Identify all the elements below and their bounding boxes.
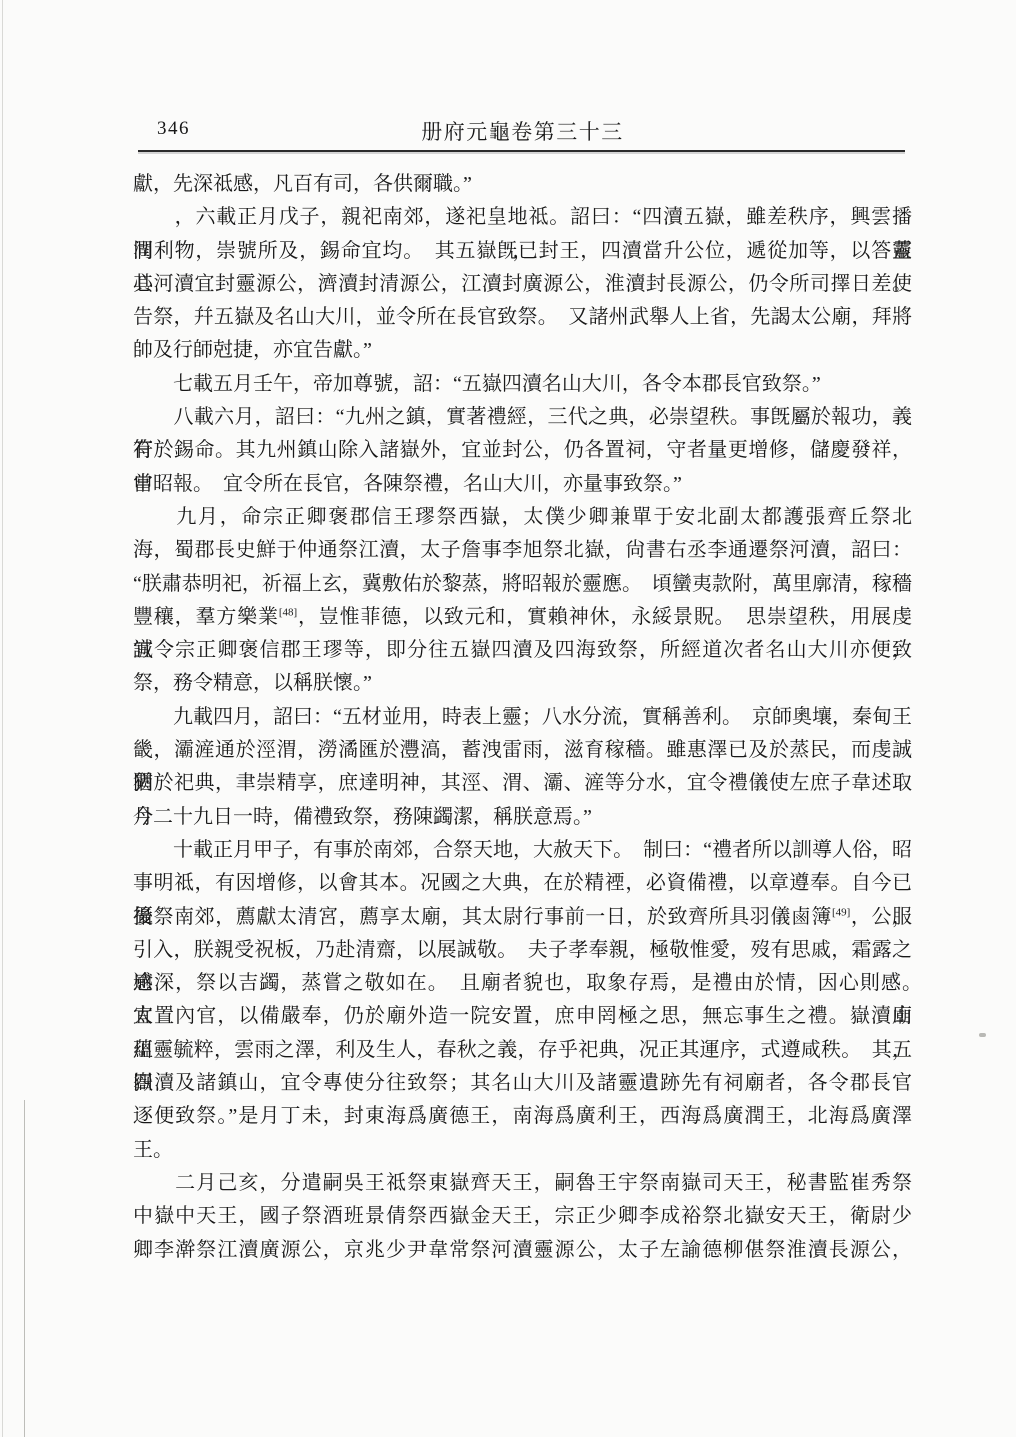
text-line: 逐便致祭。”是月丁未，封東海爲廣德王，南海爲廣利王，西海爲廣潤王，北海爲廣澤 xyxy=(133,1100,912,1133)
scan-edge-line xyxy=(2,0,3,1437)
text-line: 蘊靈毓粹，雲雨之澤，利及生人，春秋之義，存乎祀典，况正其運序，式遵咸秩。 其五嶽 xyxy=(133,1034,912,1067)
footnote-marker: [48] xyxy=(279,606,297,618)
text-line: 引入，朕親受祝板，乃赴清齋，以展誠敬。 夫子孝奉親，極敬惟愛，歿有思戚，霜露之感 xyxy=(133,934,912,967)
text-line: 四瀆及諸鎮山，宜令專使分往致祭；其名山大川及諸靈遺跡先有祠廟者，各令郡長官 xyxy=(133,1067,912,1100)
text-line: 海，蜀郡長史鮮于仲通祭江瀆，太子詹事李旭祭北嶽，尙書右丞李通遷祭河瀆，詔曰： xyxy=(133,534,912,567)
text-line: 卿李澣祭江瀆廣源公，京兆少尹韋常祭河瀆靈源公，太子左諭德柳偡祭淮瀆長源公， xyxy=(133,1234,912,1267)
text-line: 月二十九日一時，備禮致祭，務陳蠲潔，稱朕意焉。” xyxy=(133,801,912,834)
scan-artifact-dot xyxy=(979,1033,986,1037)
text-line: 帥及行師尅捷，亦宜告獻。” xyxy=(133,334,912,367)
text-line: 宜令宗正卿褒信郡王璆等，即分往五嶽四瀆及四海致祭，所經道次者名山大川亦便致 xyxy=(133,634,912,667)
text-line: “朕肅恭明祀，祈福上玄，冀敷佑於黎蒸，將昭報於靈應。 頃蠻夷款附，萬里廓清，稼穡 xyxy=(133,568,912,601)
text-line: 同利物，崇號所及，錫命宜均。 其五嶽旣已封王，四瀆當升公位，遞從加等，以答靈心。 xyxy=(133,235,912,268)
text-line: 闕於祀典，聿崇精享，庶達明神，其涇、渭、灞、滻等分水，宜令禮儀使左庶子韋述取今 xyxy=(133,767,912,800)
header-rule xyxy=(138,150,905,152)
text-line: 二月己亥，分遣嗣吳王祗祭東嶽齊天王，嗣魯王宇祭南嶽司天王，秘書監崔秀祭 xyxy=(133,1167,912,1200)
text-line: 畿，灞滻通於涇渭，澇潏匯於灃滈，蓄洩雷雨，滋育稼穡。雖惠澤已及於蒸民，而虔誠猶 xyxy=(133,734,912,767)
text-line: 中嶽中天王，國子祭酒班景倩祭西嶽金天王，宗正少卿李成裕祭北嶽安天王，衛尉少 xyxy=(133,1200,912,1233)
text-line: 九載四月，詔曰：“五材並用，時表上靈；八水分流，實稱善利。 京師奧壤，秦甸王 xyxy=(133,701,912,734)
text-line: 逾深，祭以吉蠲，蒸嘗之敬如在。 且廟者貌也，取象存焉，是禮由於情，因心則感。 太… xyxy=(133,967,912,1000)
body-text-block: 獻，先深祗感，凡百有司，各供爾職。” ，六載正月戊子，親祀南郊，遂祀皇地祗。詔曰… xyxy=(133,168,912,1267)
text-line: 祭，務令精意，以稱朕懷。” xyxy=(133,667,912,700)
text-line: 九月，命宗正卿褒郡信王璆祭西嶽，太僕少卿兼單于安北副太都護張齊丘祭北 xyxy=(133,501,912,534)
text-line: 宜置內官，以備嚴奉，仍於廟外造一院安置，庶申罔極之思，無忘事生之禮。嶽瀆山川， xyxy=(133,1000,912,1033)
text-line: 八載六月，詔曰：“九州之鎮，實著禮經，三代之典，必崇望秩。事旣屬於報功，義有 xyxy=(133,401,912,434)
footnote-marker: [49] xyxy=(832,906,850,918)
text-line: ，六載正月戊子，親祀南郊，遂祀皇地祗。詔曰：“四瀆五嶽，雖差秩序，興雲播潤，蓋 xyxy=(133,201,912,234)
text-line: 其河瀆宜封靈源公，濟瀆封清源公，江瀆封廣源公，淮瀆封長源公，仍令所司擇日差使 xyxy=(133,268,912,301)
text-line: 申昭報。 宜令所在長官，各陳祭禮，名山大川，亦量事致祭。” xyxy=(133,468,912,501)
text-line: 十載正月甲子，有事於南郊，合祭天地，大赦天下。 制曰：“禮者所以訓導人俗，昭 xyxy=(133,834,912,867)
text-line: 豐穰，羣方樂業[48]，豈惟菲德，以致元和，實賴神休，永綏景貺。 思崇望秩，用展… xyxy=(133,601,912,634)
text-line: 王。 xyxy=(133,1134,912,1167)
text-line: 告祭，幷五嶽及名山大川，並令所在長官致祭。 又諸州武舉人上省，先謁太公廟，拜將 xyxy=(133,301,912,334)
text-line: 獻，先深祗感，凡百有司，各供爾職。” xyxy=(133,168,912,201)
text-line: 七載五月壬午，帝加尊號，詔：“五嶽四瀆名山大川，各令本郡長官致祭。” xyxy=(133,368,912,401)
scan-edge-line-lower xyxy=(24,1100,25,1437)
text-line: 攝祭南郊，薦獻太清宮，薦享太廟，其太尉行事前一日，於致齊所具羽儀鹵簿[49]，公… xyxy=(133,901,912,934)
page-title: 册府元龜卷第三十三 xyxy=(133,116,912,146)
text-line: 符於錫命。其九州鎮山除入諸嶽外，宜並封公，仍各置祠，守者量更增修，儲慶發祥，當 xyxy=(133,434,912,467)
text-line: 事明祗，有因增修，以會其本。况國之大典，在於精禋，必資備禮，以章遵奉。自今已後， xyxy=(133,867,912,900)
